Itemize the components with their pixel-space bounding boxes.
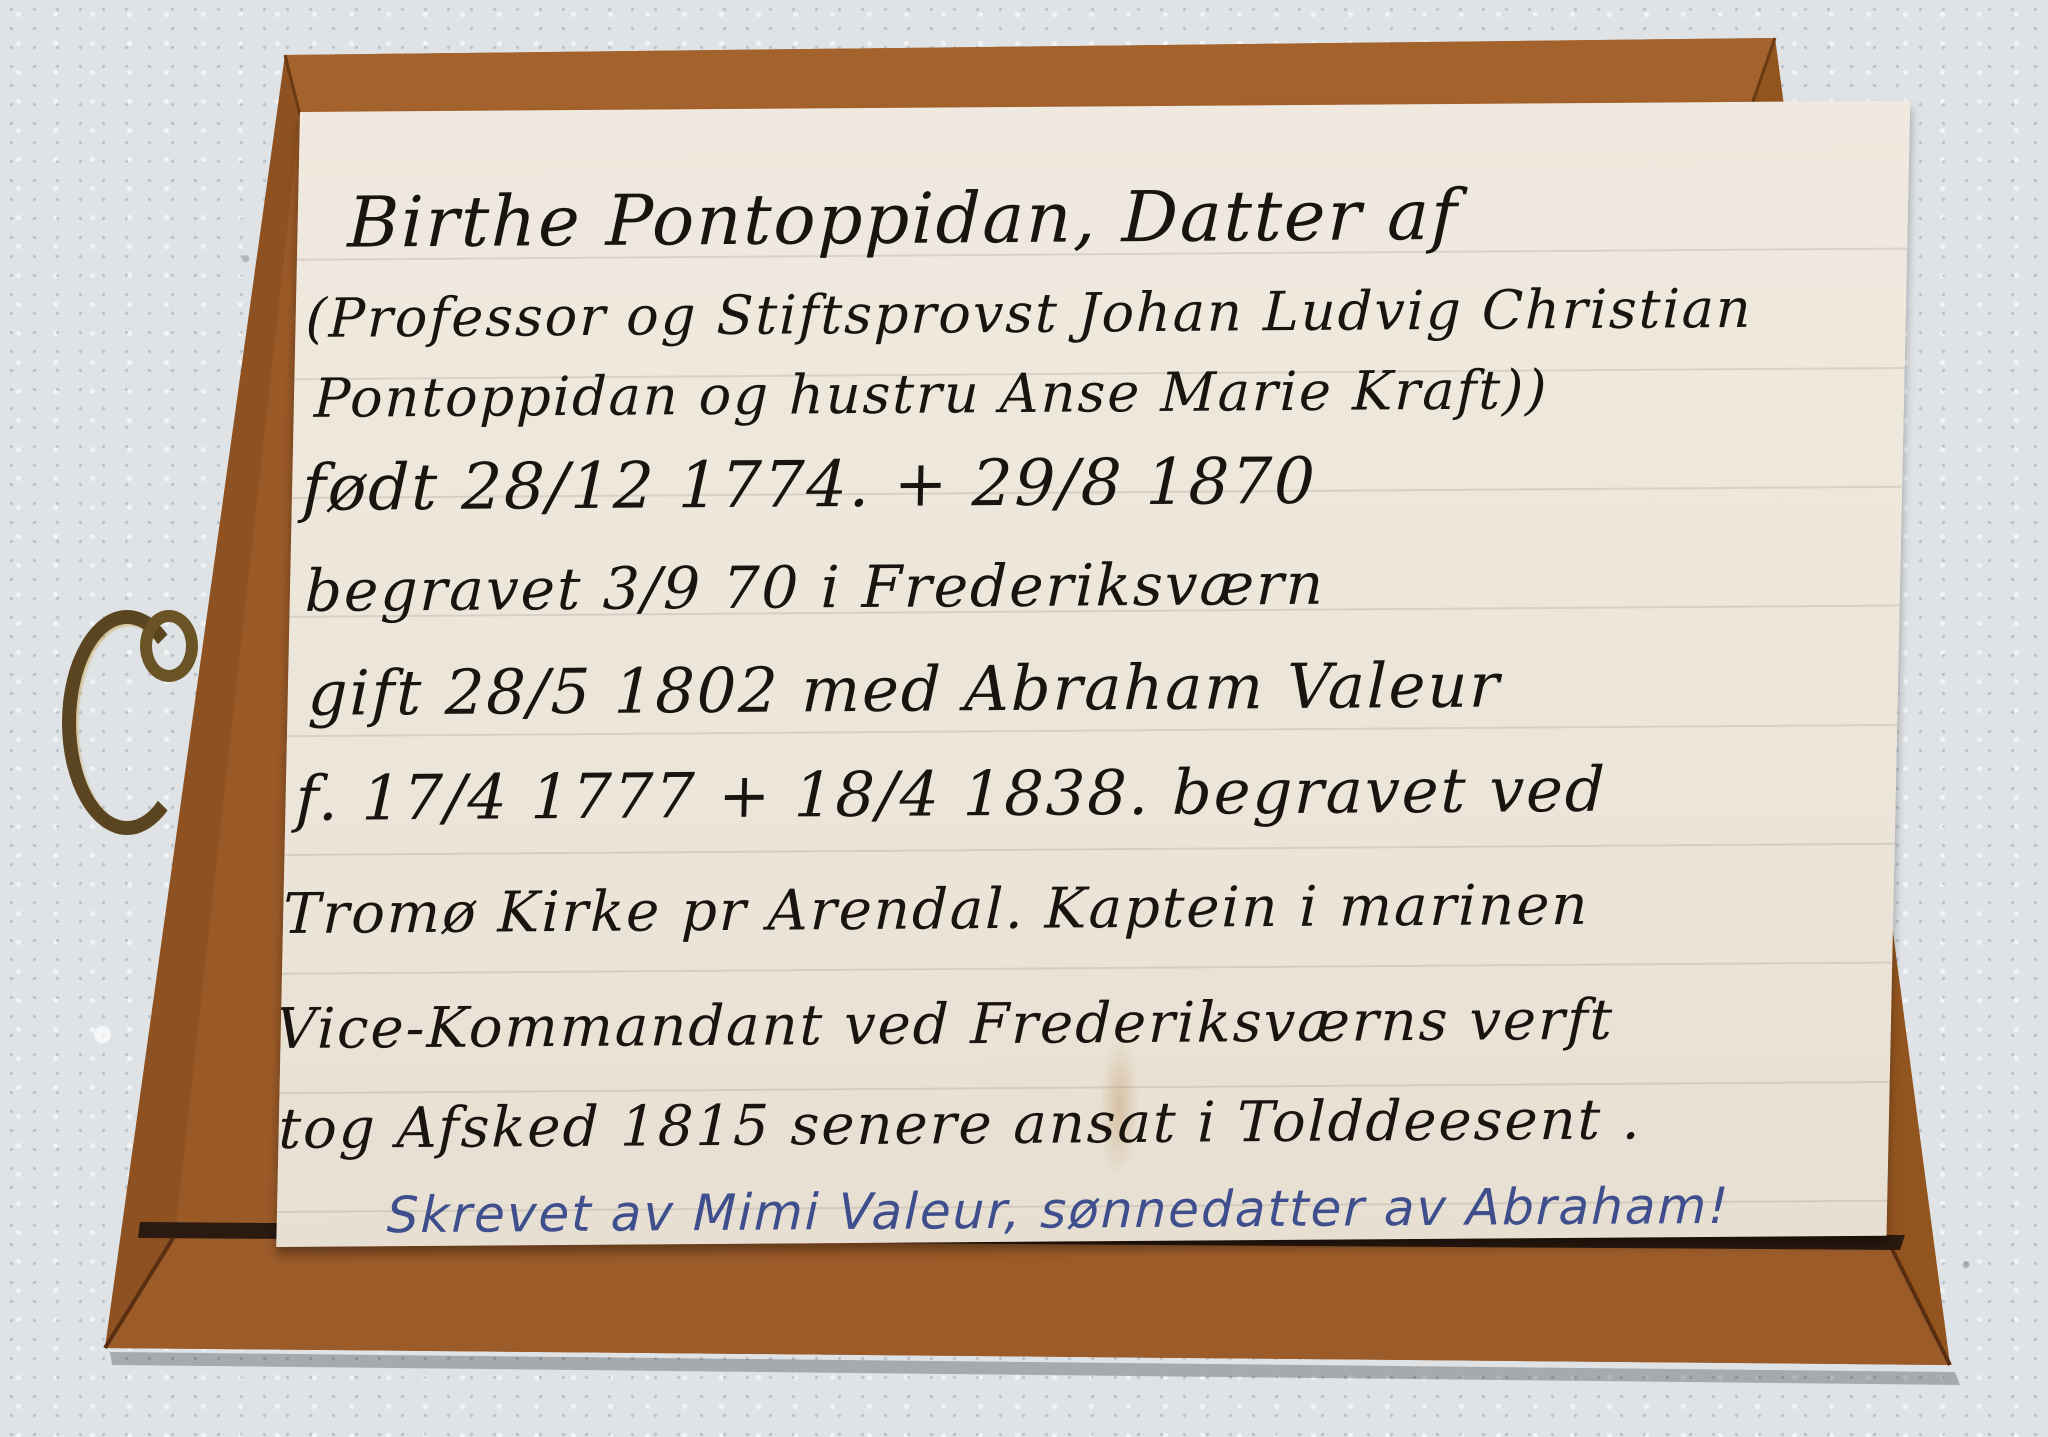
note-line-2: (Professor og Stiftsprovst Johan Ludvig … [305, 277, 1753, 350]
note-line-7: f. 17/4 1777 + 18/4 1838. begravet ved [295, 753, 1608, 835]
note-line-9: Vice-Kommandant ved Frederiksværns verft [276, 988, 1615, 1062]
note-line-8: Tromø Kirke pr Arendal. Kaptein i marine… [283, 873, 1591, 947]
note-line-5: begravet 3/9 70 i Frederiksværn [304, 550, 1326, 625]
note-line-4: født 28/12 1774. + 29/8 1870 [301, 445, 1317, 526]
frame-bottom-rail [105, 1235, 1950, 1365]
note-line-1: Birthe Pontoppidan, Datter af [347, 174, 1460, 264]
note-line-10: tog Afsked 1815 senere ansat i Tolddeese… [278, 1087, 1642, 1162]
blue-ink-annotation: Skrevet av Mimi Valeur, sønnedatter av A… [386, 1177, 1731, 1244]
brass-ring-eyelet [140, 610, 198, 682]
note-line-3: Pontoppidan og hustru Anse Marie Kraft)) [313, 358, 1549, 430]
note-line-6: gift 28/5 1802 med Abraham Valeur [307, 649, 1502, 730]
handwritten-note-paper: Birthe Pontoppidan, Datter af (Professor… [276, 101, 1910, 1247]
